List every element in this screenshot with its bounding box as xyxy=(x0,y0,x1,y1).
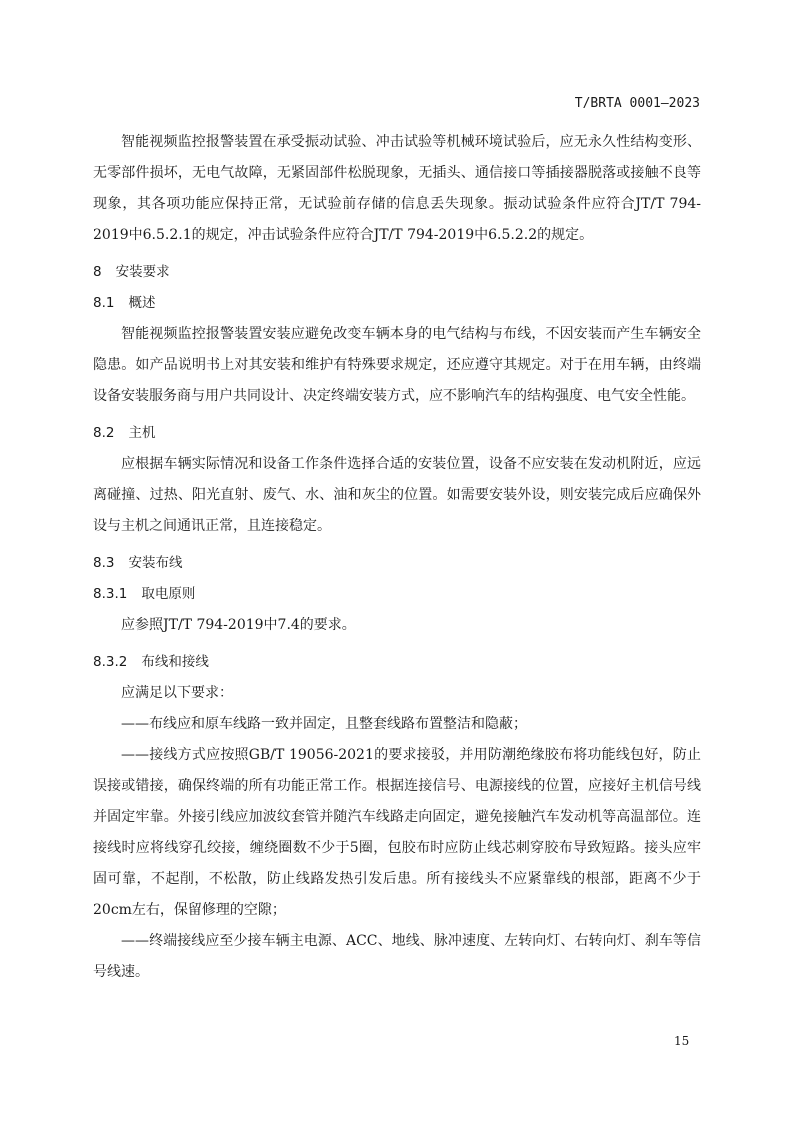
heading-title: 取电原则 xyxy=(141,586,195,602)
heading-title: 概述 xyxy=(128,295,155,311)
heading-number: 8.1 xyxy=(93,288,114,319)
heading-number: 8.2 xyxy=(93,418,114,449)
document-code: T/BRTA 0001—2023 xyxy=(575,96,700,111)
heading-8-1: 8.1概述 xyxy=(93,288,701,319)
list-item: ——终端接线应至少接车辆主电源、ACC、地线、脉冲速度、左转向灯、右转向灯、刹车… xyxy=(93,926,701,988)
heading-title: 主机 xyxy=(128,425,155,441)
heading-number: 8.3 xyxy=(93,548,114,579)
paragraph-8-3-2-intro: 应满足以下要求： xyxy=(93,678,701,709)
heading-8-3: 8.3安装布线 xyxy=(93,548,701,579)
paragraph-8-2: 应根据车辆实际情况和设备工作条件选择合适的安装位置，设备不应安装在发动机附近，应… xyxy=(93,449,701,542)
heading-8-3-1: 8.3.1取电原则 xyxy=(93,579,701,610)
heading-number: 8.3.1 xyxy=(93,579,127,610)
page-content: 智能视频监控报警装置在承受振动试验、冲击试验等机械环境试验后，应无永久性结构变形… xyxy=(93,127,701,988)
heading-number: 8.3.2 xyxy=(93,647,127,678)
list-item: ——接线方式应按照GB/T 19056-2021的要求接驳，并用防潮绝缘胶布将功… xyxy=(93,740,701,926)
heading-title: 安装要求 xyxy=(116,264,170,280)
heading-8-3-2: 8.3.2布线和接线 xyxy=(93,647,701,678)
heading-title: 布线和接线 xyxy=(141,654,209,670)
heading-8: 8安装要求 xyxy=(93,257,701,288)
heading-8-2: 8.2主机 xyxy=(93,418,701,449)
page-number: 15 xyxy=(674,1034,689,1048)
heading-number: 8 xyxy=(93,257,102,288)
paragraph-8-1: 智能视频监控报警装置安装应避免改变车辆本身的电气结构与布线，不因安装而产生车辆安… xyxy=(93,319,701,412)
paragraph-8-3-1: 应参照JT/T 794-2019中7.4的要求。 xyxy=(93,610,701,641)
heading-title: 安装布线 xyxy=(128,555,182,571)
paragraph-mechanical-test: 智能视频监控报警装置在承受振动试验、冲击试验等机械环境试验后，应无永久性结构变形… xyxy=(93,127,701,251)
list-item: ——布线应和原车线路一致并固定，且整套线路布置整洁和隐蔽； xyxy=(93,709,701,740)
